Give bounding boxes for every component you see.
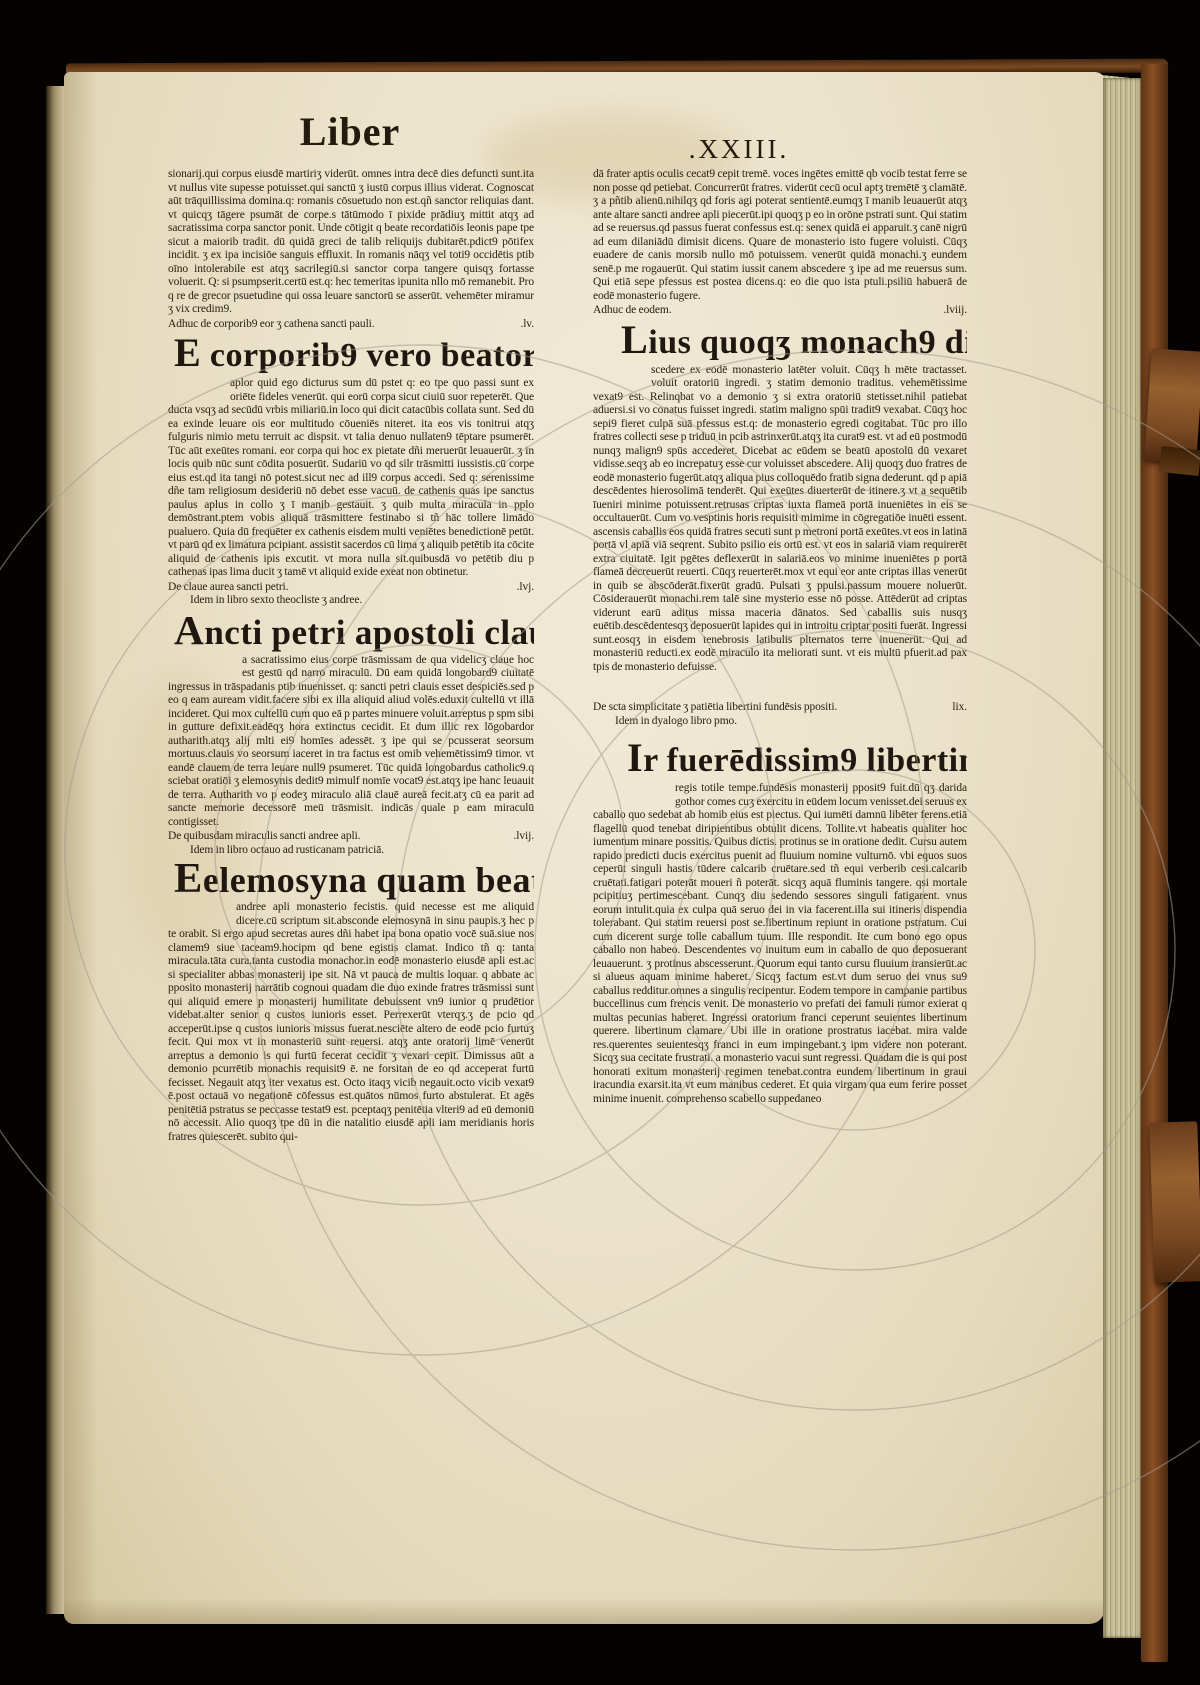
paragraph-left-4: andree apli monasterio fecistis. quid ne… <box>168 901 534 1144</box>
chapter-number: .lv. <box>512 318 534 332</box>
paragraph-right-2: scedere ex eodē monasterio latēter volui… <box>593 364 967 675</box>
running-header-liber: Liber <box>168 108 532 155</box>
initial-indent-spacer <box>593 364 651 391</box>
blank-gap <box>593 728 967 736</box>
chapter-rubric: Adhuc de eodem. .lviij. <box>593 304 967 318</box>
section-heading-sancti-petri: Ancti petri apostoli clauē <box>174 610 534 653</box>
chapter-number: .lvj. <box>509 581 534 595</box>
paragraph-right-3: regis totile tempe.fundēsis monasterij p… <box>593 782 967 1106</box>
page-gutter-shade <box>64 72 98 1624</box>
source-rubric: Idem in dyalogo libro pmo. <box>593 715 967 729</box>
section-heading-vir-reverendissimus: Ir fuerēdissim9 libertin9 <box>627 738 967 781</box>
paragraph-left-3: a sacratissimo eius corpe trāsmissam de … <box>168 654 534 830</box>
initial-indent-spacer <box>168 654 242 681</box>
text-column-right: dā frater aptis oculis cecat9 cepit trem… <box>593 168 967 1428</box>
leather-clasp-strap-top-tip <box>1159 446 1200 476</box>
chapter-rubric: Adhuc de corporib9 eor ʒ cathena sancti … <box>168 318 534 332</box>
section-heading-corporibus: E corporib9 vero beator <box>174 333 534 376</box>
chapter-number: .lviij. <box>935 304 967 318</box>
source-rubric: Idem in libro sexto theocliste ʒ andree. <box>168 594 534 608</box>
initial-indent-spacer <box>168 901 236 928</box>
rubric-text: De quibusdam miraculis sancti andree apl… <box>168 830 360 844</box>
running-header-folio-number: .XXIII. <box>584 134 894 165</box>
rubric-text: Adhuc de corporib9 eor ʒ cathena sancti … <box>168 318 375 332</box>
photo-of-incunabulum-page: Liber .XXIII. sionarij.qui corpus eiusdē… <box>0 0 1200 1685</box>
initial-indent-spacer <box>593 782 675 809</box>
book-gutter-edge <box>46 86 66 1614</box>
blank-gap <box>593 674 967 700</box>
paragraph-left-2: aplor quid ego dicturus sum dū pstet q: … <box>168 377 534 580</box>
page-bottom-shade <box>64 1598 1105 1624</box>
leather-clasp-strap-bottom <box>1149 1121 1200 1283</box>
book-cover-board-edge <box>1141 64 1168 1662</box>
chapter-number: lix. <box>944 701 967 715</box>
initial-indent-spacer <box>168 377 230 404</box>
text-column-left: sionarij.qui corpus eiusdē martiriʒ vide… <box>168 168 534 1428</box>
source-rubric: Idem in libro octauo ad rusticanam patri… <box>168 844 534 858</box>
chapter-rubric: De scta simplicitate ʒ patiētia libertin… <box>593 701 967 715</box>
book-fore-edge <box>1103 78 1142 1638</box>
rubric-text: De claue aurea sancti petri. <box>168 581 288 595</box>
section-heading-elemosyna: Eelemosyna quam beati <box>174 859 534 900</box>
chapter-rubric: De quibusdam miraculis sancti andree apl… <box>168 830 534 844</box>
section-heading-iulius-monachus: Lius quoqʒ monach9 di- <box>621 320 967 363</box>
book-page: Liber .XXIII. sionarij.qui corpus eiusdē… <box>64 72 1105 1624</box>
chapter-number: .lvij. <box>506 830 535 844</box>
paragraph-left-1: sionarij.qui corpus eiusdē martiriʒ vide… <box>168 168 534 317</box>
chapter-rubric: De claue aurea sancti petri. .lvj. <box>168 581 534 595</box>
rubric-text: De scta simplicitate ʒ patiētia libertin… <box>593 701 837 715</box>
paragraph-right-1: dā frater aptis oculis cecat9 cepit trem… <box>593 168 967 303</box>
rubric-text: Adhuc de eodem. <box>593 304 672 318</box>
